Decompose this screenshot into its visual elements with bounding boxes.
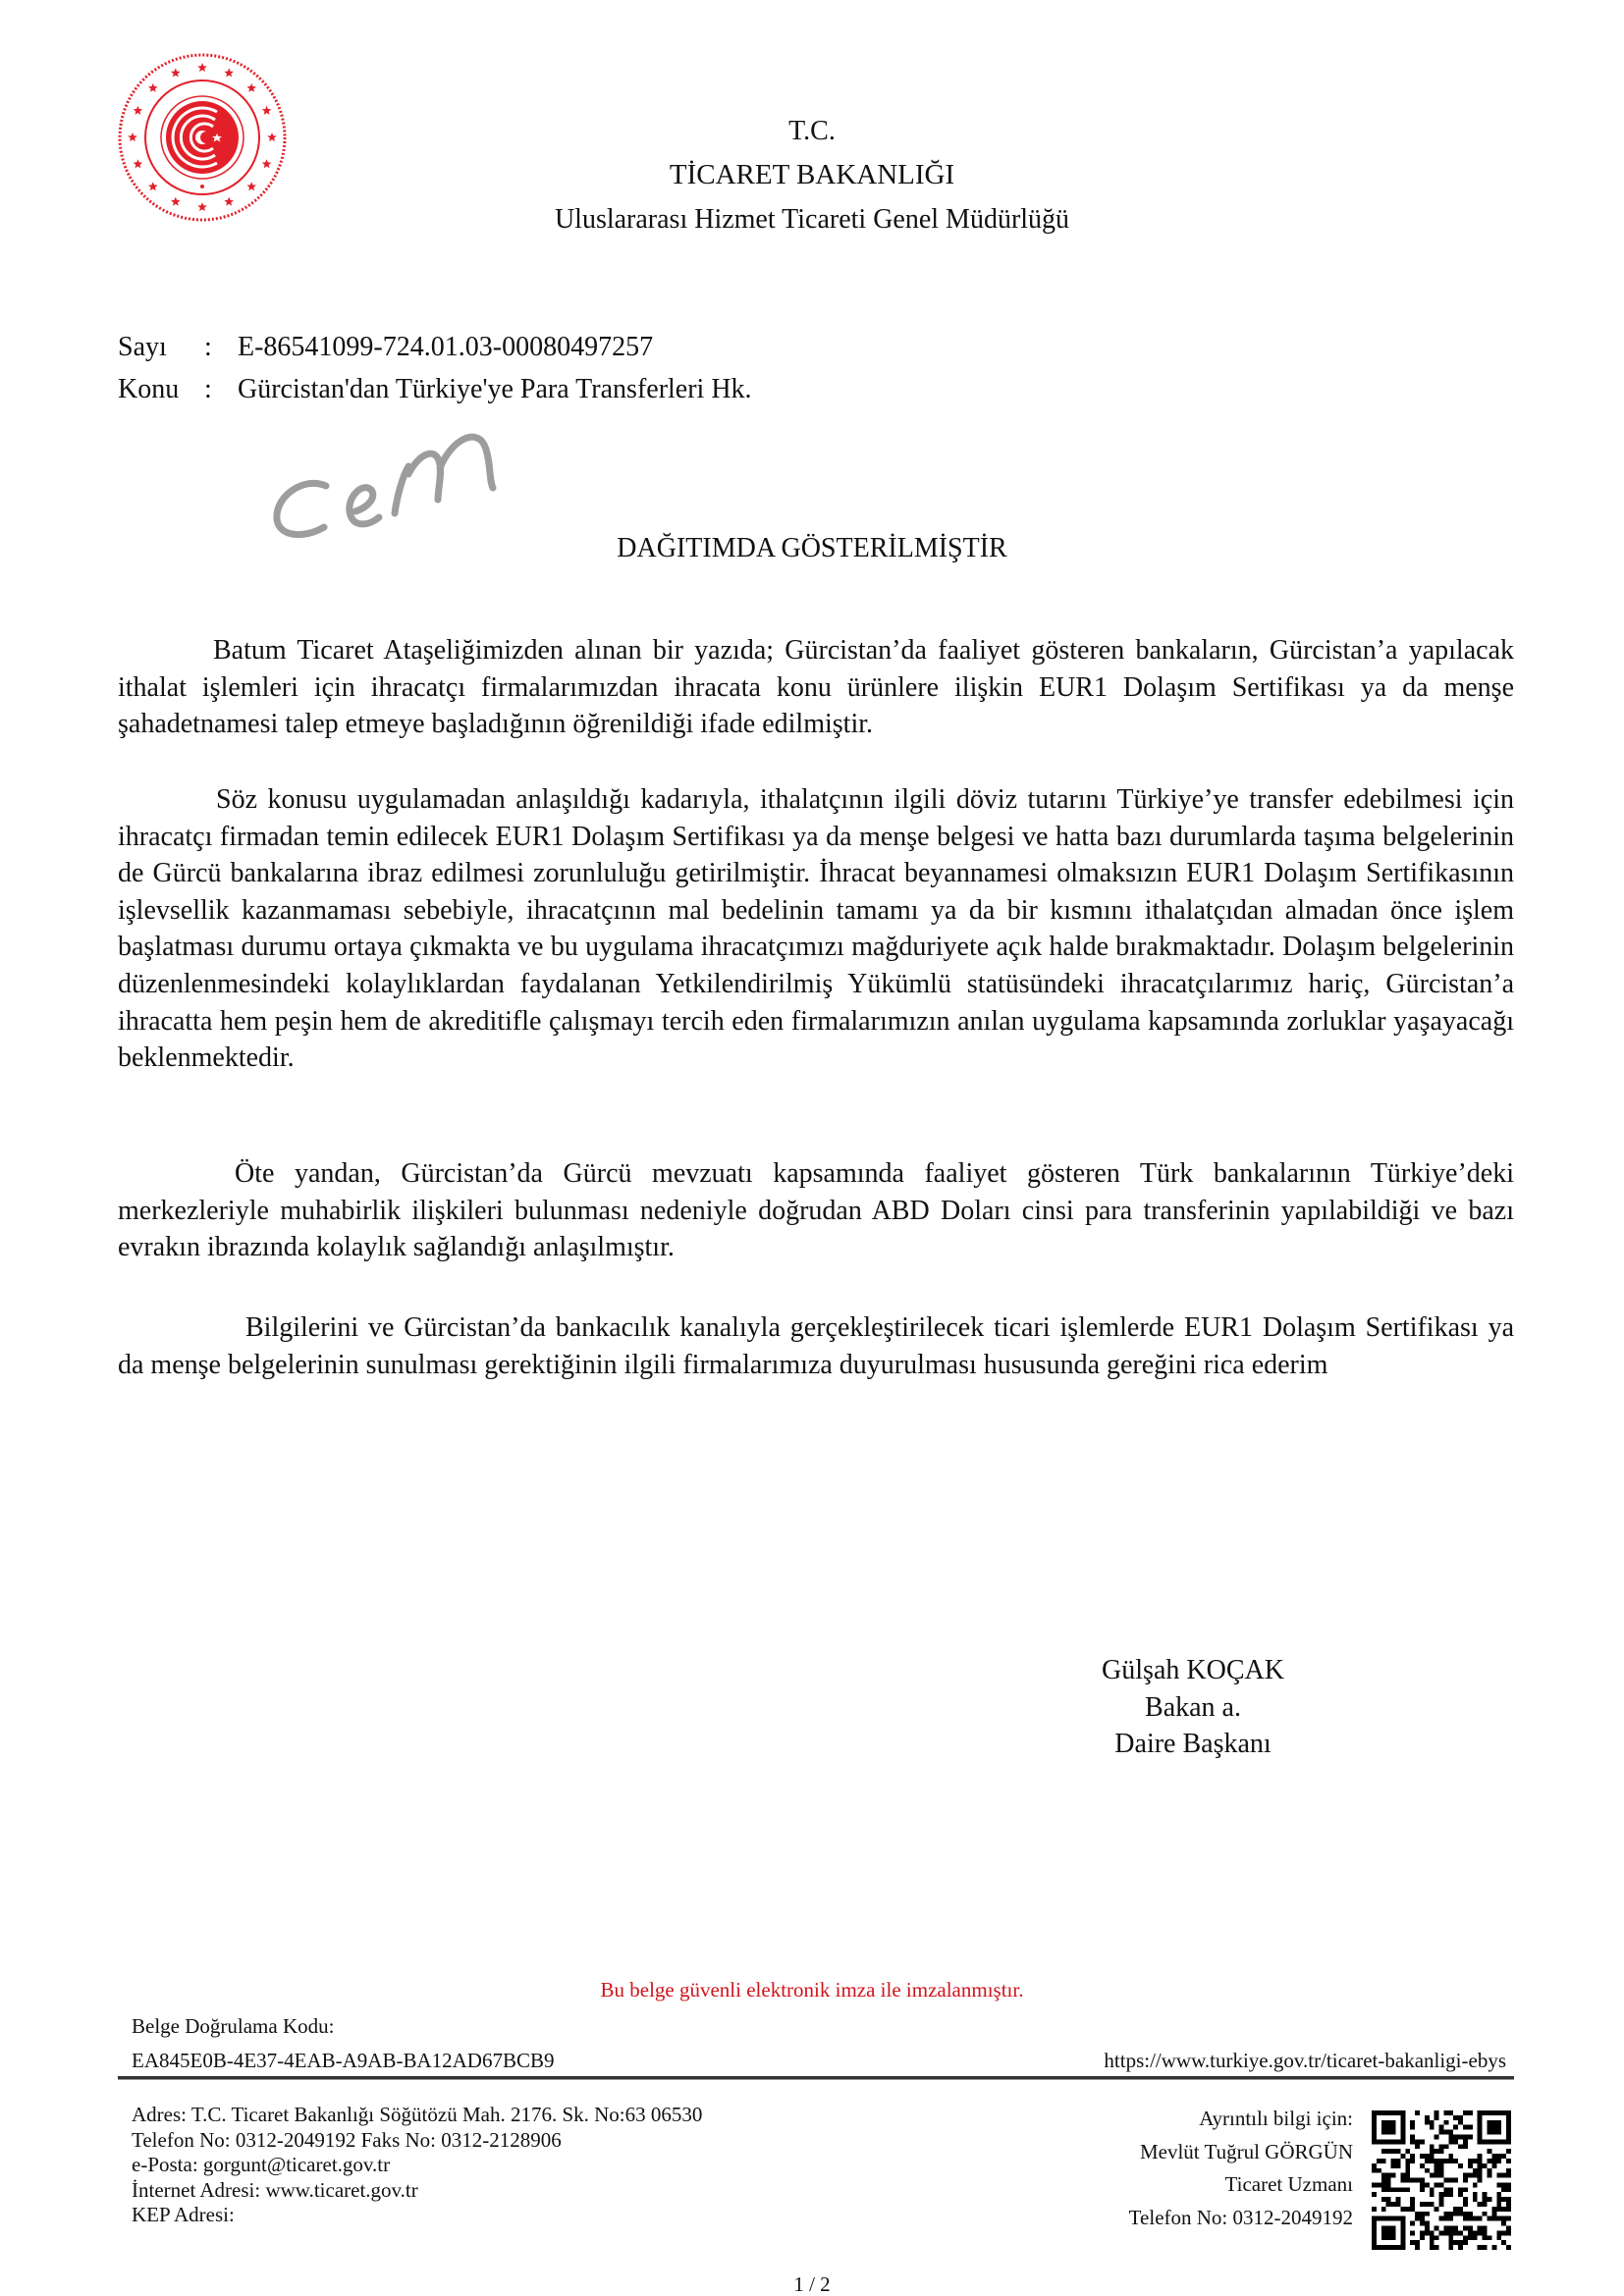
signer-title: Bakan a. <box>1031 1689 1355 1727</box>
email-line: e-Posta: gorgunt@ticaret.gov.tr <box>132 2153 702 2178</box>
sayi-label: Sayı <box>118 332 204 363</box>
header-tc: T.C. <box>0 116 1624 147</box>
konu-label: Konu <box>118 374 204 405</box>
verification-label: Belge Doğrulama Kodu: <box>132 2014 334 2039</box>
body-paragraph: Batum Ticaret Ataşeliğimizden alınan bir… <box>118 632 1514 743</box>
colon: : <box>204 332 238 363</box>
directorate-name: Uluslararası Hizmet Ticareti Genel Müdür… <box>0 204 1624 236</box>
verification-code: EA845E0B-4E37-4EAB-A9AB-BA12AD67BCB9 <box>132 2049 555 2073</box>
phone-fax-line: Telefon No: 0312-2049192 Faks No: 0312-2… <box>132 2128 702 2154</box>
contact-title: Ticaret Uzmanı <box>1129 2168 1353 2202</box>
kep-line: KEP Adresi: <box>132 2203 702 2228</box>
signer-name: Gülşah KOÇAK <box>1031 1652 1355 1689</box>
ministry-name: TİCARET BAKANLIĞI <box>0 159 1624 191</box>
body-paragraph: Öte yandan, Gürcistan’da Gürcü mevzuatı … <box>118 1155 1514 1266</box>
document-number: E-86541099-724.01.03-00080497257 <box>238 332 653 362</box>
body-paragraph: Bilgilerini ve Gürcistan’da bankacılık k… <box>118 1309 1514 1383</box>
verification-link[interactable]: https://www.turkiye.gov.tr/ticaret-bakan… <box>1104 2049 1506 2073</box>
handwritten-initial <box>265 417 530 545</box>
footer-divider <box>118 2076 1514 2080</box>
website-line: İnternet Adresi: www.ticaret.gov.tr <box>132 2178 702 2204</box>
contact-block: Ayrıntılı bilgi için: Mevlüt Tuğrul GÖRG… <box>1129 2103 1353 2234</box>
address-line: Adres: T.C. Ticaret Bakanlığı Söğütözü M… <box>132 2103 702 2128</box>
contact-name: Mevlüt Tuğrul GÖRGÜN <box>1129 2136 1353 2169</box>
body-paragraph: Söz konusu uygulamadan anlaşıldığı kadar… <box>118 781 1514 1077</box>
contact-label: Ayrıntılı bilgi için: <box>1129 2103 1353 2136</box>
contact-phone: Telefon No: 0312-2049192 <box>1129 2202 1353 2235</box>
subject: Gürcistan'dan Türkiye'ye Para Transferle… <box>238 374 752 404</box>
signature-block: Gülşah KOÇAK Bakan a. Daire Başkanı <box>1031 1652 1355 1763</box>
signer-position: Daire Başkanı <box>1031 1726 1355 1763</box>
distribution-heading: DAĞITIMDA GÖSTERİLMİŞTİR <box>0 533 1624 564</box>
subject-row: Konu:Gürcistan'dan Türkiye'ye Para Trans… <box>118 374 752 405</box>
esign-notice: Bu belge güvenli elektronik imza ile imz… <box>0 1978 1624 2002</box>
page-number: 1 / 2 <box>0 2272 1624 2296</box>
document-number-row: Sayı:E-86541099-724.01.03-00080497257 <box>118 332 653 363</box>
address-block: Adres: T.C. Ticaret Bakanlığı Söğütözü M… <box>132 2103 702 2228</box>
colon: : <box>204 374 238 405</box>
qr-code-icon <box>1372 2110 1511 2250</box>
